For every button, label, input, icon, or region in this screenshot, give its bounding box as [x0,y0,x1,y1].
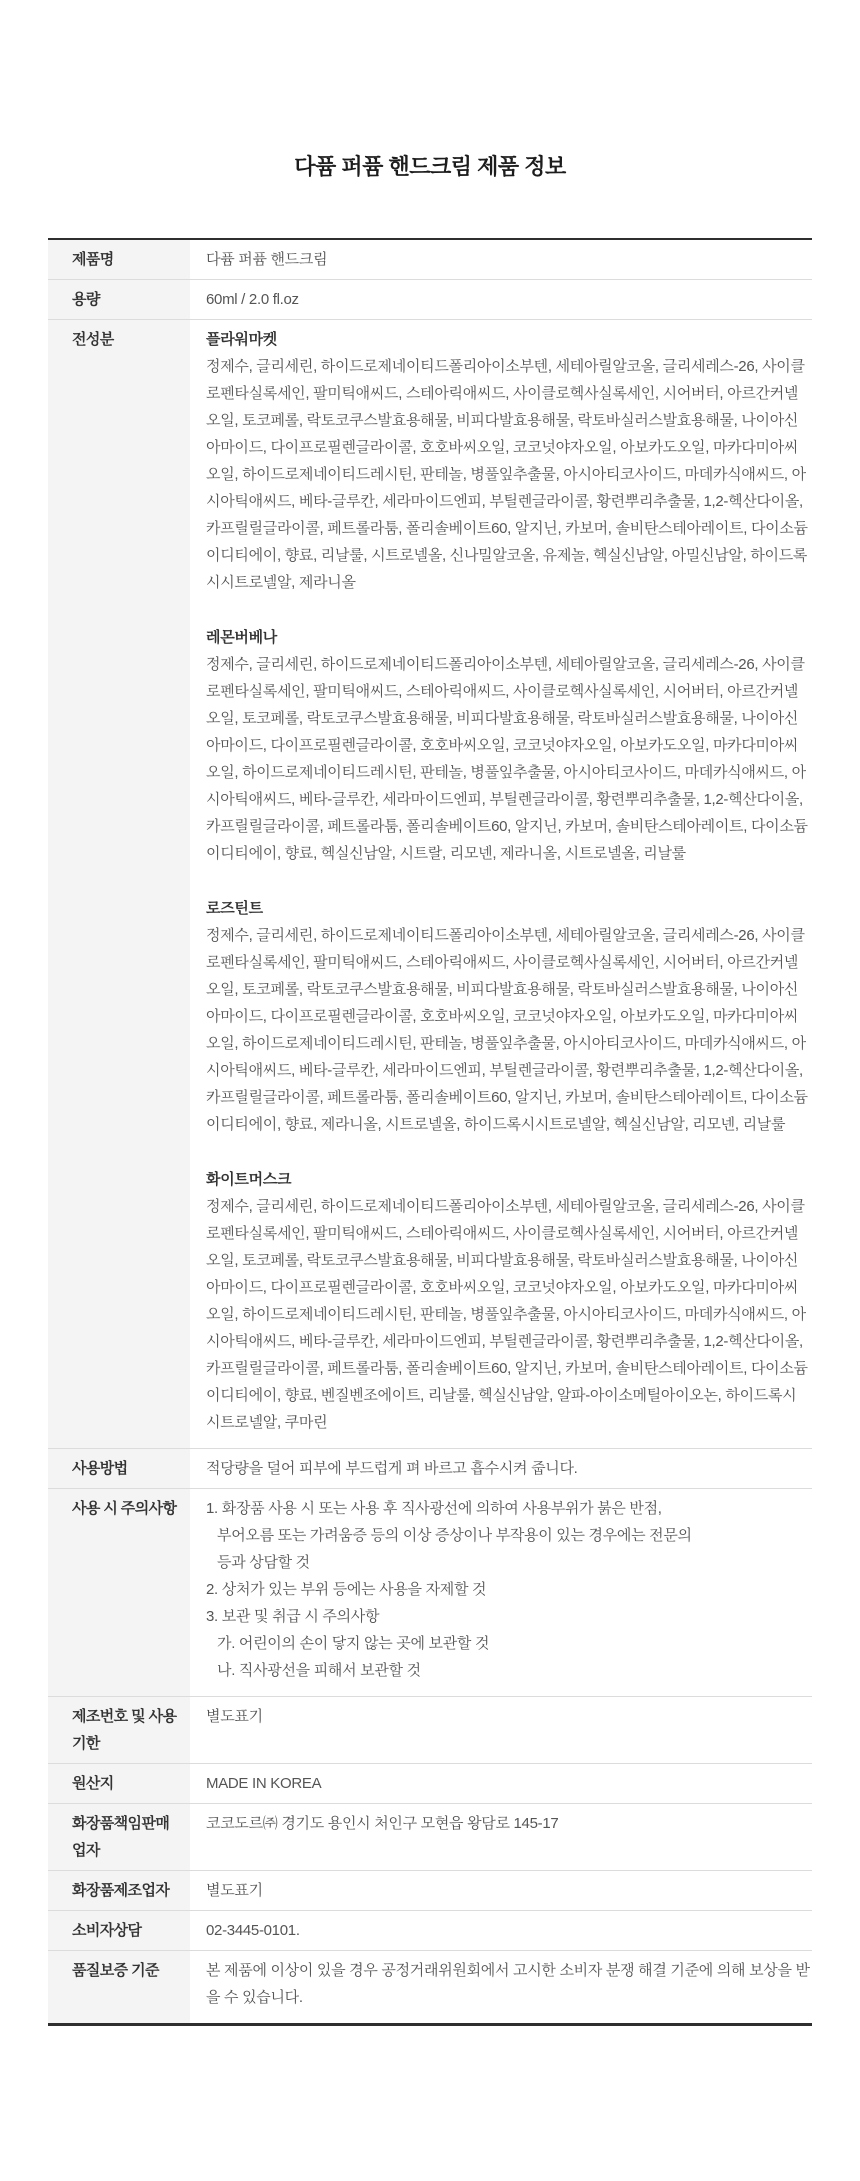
ingredient-list: 정제수, 글리세린, 하이드로제네이티드폴리아이소부텐, 세테아릴알코올, 글리… [206,1193,810,1436]
table-row-customer-service: 소비자상담 02-3445-0101. [48,1911,812,1951]
table-row-distributor: 화장품책임판매업자 코코도르㈜ 경기도 용인시 처인구 모현읍 왕담로 145-… [48,1804,812,1871]
row-value: 적당량을 덜어 피부에 부드럽게 펴 바르고 흡수시켜 줍니다. [190,1449,812,1488]
table-row-origin: 원산지 MADE IN KOREA [48,1764,812,1804]
ingredient-scent-name: 플라워마켓 [206,326,810,353]
row-value: 코코도르㈜ 경기도 용인시 처인구 모현읍 왕담로 145-17 [190,1804,812,1870]
row-label: 제조번호 및 사용기한 [48,1697,190,1763]
ingredient-scent-name: 화이트머스크 [206,1166,810,1193]
caution-line: 나. 직사광선을 피해서 보관할 것 [206,1657,810,1684]
table-row-cautions: 사용 시 주의사항 1. 화장품 사용 시 또는 사용 후 직사광선에 의하여 … [48,1489,812,1697]
row-value: 본 제품에 이상이 있을 경우 공정거래위원회에서 고시한 소비자 분쟁 해결 … [190,1951,812,2023]
ingredient-block-flower-market: 플라워마켓 정제수, 글리세린, 하이드로제네이티드폴리아이소부텐, 세테아릴알… [206,326,810,596]
row-value: 별도표기 [190,1871,812,1910]
ingredient-block-rose-tint: 로즈틴트 정제수, 글리세린, 하이드로제네이티드폴리아이소부텐, 세테아릴알코… [206,895,810,1138]
page-title: 다퓸 퍼퓸 핸드크림 제품 정보 [48,150,812,181]
caution-line: 부어오름 또는 가려움증 등의 이상 증상이나 부작용이 있는 경우에는 전문의 [206,1522,810,1549]
product-info-page: 다퓸 퍼퓸 핸드크림 제품 정보 제품명 다퓸 퍼퓸 핸드크림 용량 60ml … [0,0,860,2086]
row-label: 전성분 [48,320,190,1448]
table-row-volume: 용량 60ml / 2.0 fl.oz [48,280,812,320]
table-row-manufacturer: 화장품제조업자 별도표기 [48,1871,812,1911]
row-label: 소비자상담 [48,1911,190,1950]
ingredient-list: 정제수, 글리세린, 하이드로제네이티드폴리아이소부텐, 세테아릴알코올, 글리… [206,353,810,596]
row-label: 원산지 [48,1764,190,1803]
ingredient-scent-name: 로즈틴트 [206,895,810,922]
caution-line: 가. 어린이의 손이 닿지 않는 곳에 보관할 것 [206,1630,810,1657]
ingredient-block-lemon-verbena: 레몬버베나 정제수, 글리세린, 하이드로제네이티드폴리아이소부텐, 세테아릴알… [206,624,810,867]
row-value: 02-3445-0101. [190,1911,812,1950]
row-label: 사용 시 주의사항 [48,1489,190,1696]
ingredient-list: 정제수, 글리세린, 하이드로제네이티드폴리아이소부텐, 세테아릴알코올, 글리… [206,922,810,1138]
caution-line: 1. 화장품 사용 시 또는 사용 후 직사광선에 의하여 사용부위가 붉은 반… [206,1495,810,1522]
table-row-quality-guarantee: 품질보증 기준 본 제품에 이상이 있을 경우 공정거래위원회에서 고시한 소비… [48,1951,812,2023]
ingredient-block-white-musk: 화이트머스크 정제수, 글리세린, 하이드로제네이티드폴리아이소부텐, 세테아릴… [206,1166,810,1436]
row-label: 화장품제조업자 [48,1871,190,1910]
table-row-usage: 사용방법 적당량을 덜어 피부에 부드럽게 펴 바르고 흡수시켜 줍니다. [48,1449,812,1489]
row-value: 다퓸 퍼퓸 핸드크림 [190,240,812,279]
row-label: 용량 [48,280,190,319]
product-info-table: 제품명 다퓸 퍼퓸 핸드크림 용량 60ml / 2.0 fl.oz 전성분 플… [48,238,812,2026]
row-value: 60ml / 2.0 fl.oz [190,280,812,319]
caution-line: 2. 상처가 있는 부위 등에는 사용을 자제할 것 [206,1576,810,1603]
row-value: MADE IN KOREA [190,1764,812,1803]
row-value: 1. 화장품 사용 시 또는 사용 후 직사광선에 의하여 사용부위가 붉은 반… [190,1489,812,1696]
caution-line: 등과 상담할 것 [206,1549,810,1576]
ingredient-scent-name: 레몬버베나 [206,624,810,651]
row-value: 별도표기 [190,1697,812,1763]
ingredient-list: 정제수, 글리세린, 하이드로제네이티드폴리아이소부텐, 세테아릴알코올, 글리… [206,651,810,867]
caution-line: 3. 보관 및 취급 시 주의사항 [206,1603,810,1630]
row-label: 제품명 [48,240,190,279]
row-label: 품질보증 기준 [48,1951,190,2023]
table-row-lot-number: 제조번호 및 사용기한 별도표기 [48,1697,812,1764]
row-label: 화장품책임판매업자 [48,1804,190,1870]
row-label: 사용방법 [48,1449,190,1488]
row-value: 플라워마켓 정제수, 글리세린, 하이드로제네이티드폴리아이소부텐, 세테아릴알… [190,320,812,1448]
table-row-ingredients: 전성분 플라워마켓 정제수, 글리세린, 하이드로제네이티드폴리아이소부텐, 세… [48,320,812,1449]
table-row-product-name: 제품명 다퓸 퍼퓸 핸드크림 [48,240,812,280]
